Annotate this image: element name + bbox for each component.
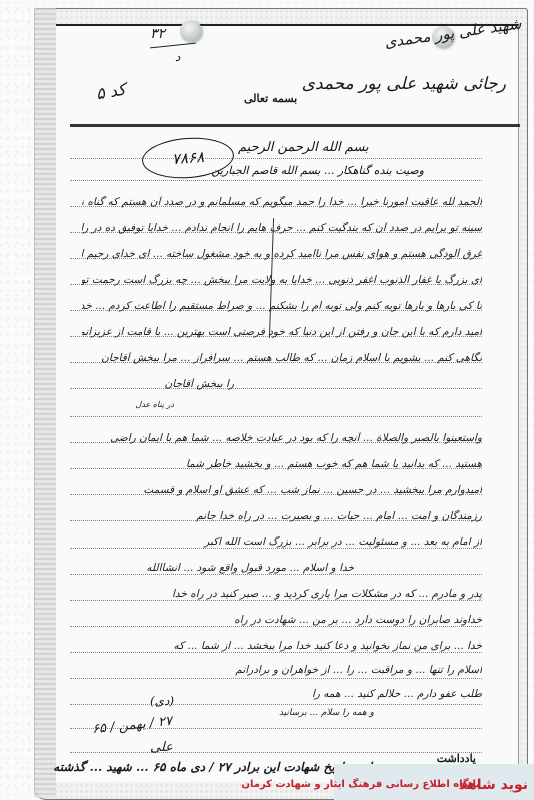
paragraph-2-line: هستید ... که بدانید با شما هم که خوب هست… (82, 458, 482, 470)
paragraph-1-line: در پناه عدل (135, 400, 174, 409)
paragraph-1-line: سینه تو برایم در صدد آن که بندگیت کنم ..… (82, 222, 482, 234)
ruled-line (70, 752, 482, 753)
ruled-line (70, 548, 482, 549)
signature: علی (150, 740, 173, 755)
paper-edge-shadow (34, 8, 56, 798)
paragraph-2-line: خدا و اسلام ... مورد قبول واقع شود ... ا… (54, 562, 354, 574)
ruled-line (70, 600, 482, 601)
ruled-line (70, 652, 482, 653)
paragraph-3-line: طلب عفو دارم ... حلالم کنید ... همه را (222, 688, 482, 700)
pin-left-icon (180, 20, 202, 42)
bismillah: بسم الله الرحمن الرحیم (238, 140, 369, 155)
paragraph-3-line: و همه را سلام ... برسانید (174, 708, 374, 718)
ruled-line (70, 704, 482, 705)
paragraph-1-line: الحمد لله عاقبت امورنا خیرا ... خدا را ح… (82, 196, 482, 208)
header-subtitle: رجائی شهید علی پور محمدی (302, 74, 506, 94)
ruled-line (70, 180, 482, 181)
header-divider (70, 124, 520, 127)
paragraph-2-line: رزمندگان و امت ... امام ... حیات ... و ب… (82, 510, 482, 522)
date-month-note: (دی) (150, 694, 174, 708)
paragraph-2-line: امیدوارم مرا ببخشید ... در حسین ... نماز… (82, 484, 482, 496)
paragraph-3-line: خدا ... برای من نماز بخوانید و دعا کنید … (82, 640, 482, 652)
header-number: ۳۲ (150, 26, 165, 42)
paragraph-1-line: ای بزرگ یا غفار الذنوب اغفر ذنوبی ... خد… (82, 274, 482, 286)
paragraph-3-line: اسلام را تنها ... و مراقبت ... را ... از… (82, 664, 482, 676)
paragraph-3-line: پدر و مادرم ... که در مشکلات مرا یاری کر… (82, 588, 482, 600)
paragraph-2-line: واستعینوا بالصبر والصلاة ... آنچه را که … (82, 432, 482, 444)
paragraph-2-line: از امام به بعد ... و مسئولیت ... در براب… (82, 536, 482, 548)
paragraph-1-line: تا کی بارها و بارها توبه کنم ولی توبه ام… (82, 300, 482, 312)
ruled-line (70, 678, 482, 679)
ruled-line (70, 158, 482, 159)
ruled-line (70, 574, 482, 575)
paragraph-1-line: نگاهی کنم ... بشویم با اسلام زمان ... که… (82, 352, 482, 364)
paragraph-1-line: امید دارم که با این جان و رفتن از این دن… (82, 326, 482, 338)
center-emblem: بسمه تعالی (244, 92, 297, 105)
ruled-line (70, 626, 482, 627)
will-title: وصیت بنده گناهکار ... بسم الله قاصم الجب… (212, 164, 424, 177)
paragraph-1-line: غرق آلودگی هستم و هوای نفس مرا ناامید کر… (82, 248, 482, 260)
ruled-line (70, 416, 482, 417)
header-mark: د (175, 50, 180, 64)
paragraph-1-line: را ببخش آقاجان (0, 378, 234, 390)
paragraph-3-line: خداوند صابران را دوست دارد ... بر من ...… (82, 614, 482, 626)
watermark-text: پایگاه اطلاع رسانی فرهنگ ایثار و شهادت ک… (241, 779, 480, 790)
